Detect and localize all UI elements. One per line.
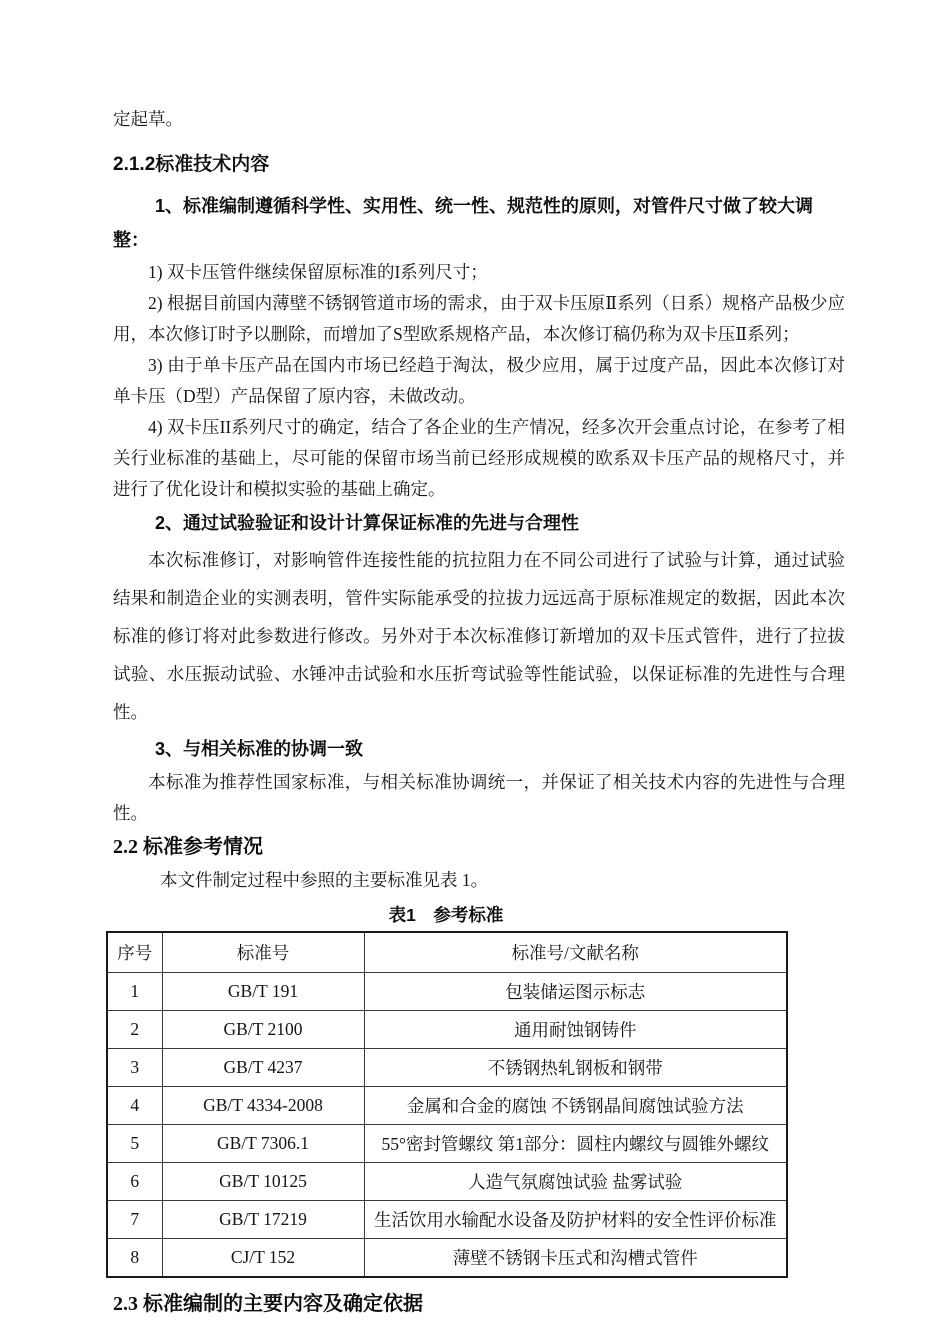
bold-point-1: 1、标准编制遵循科学性、实用性、统一性、规范性的原则，对管件尺寸做了较大调整： <box>113 189 845 257</box>
cell-standard-no: GB/T 2100 <box>162 1011 364 1049</box>
cell-standard-no: GB/T 7306.1 <box>162 1125 364 1163</box>
table-row: 6 GB/T 10125 人造气氛腐蚀试验 盐雾试验 <box>107 1163 787 1201</box>
table-row: 5 GB/T 7306.1 55°密封管螺纹 第1部分：圆柱内螺纹与圆锥外螺纹 <box>107 1125 787 1163</box>
paragraph-test-verification: 本次标准修订，对影响管件连接性能的抗拉阻力在不同公司进行了试验与计算，通过试验结… <box>113 541 845 731</box>
table-row: 4 GB/T 4334-2008 金属和合金的腐蚀 不锈钢晶间腐蚀试验方法 <box>107 1087 787 1125</box>
cell-doc-name: 55°密封管螺纹 第1部分：圆柱内螺纹与圆锥外螺纹 <box>364 1125 787 1163</box>
document-page: 定起草。 2.1.2标准技术内容 1、标准编制遵循科学性、实用性、统一性、规范性… <box>0 0 950 1344</box>
cell-index: 3 <box>107 1049 162 1087</box>
col-header-doc-name: 标准号/文献名称 <box>364 932 787 973</box>
cell-doc-name: 人造气氛腐蚀试验 盐雾试验 <box>364 1163 787 1201</box>
cell-standard-no: GB/T 191 <box>162 973 364 1011</box>
heading-2-2: 2.2 标准参考情况 <box>113 829 845 865</box>
cell-doc-name: 包装储运图示标志 <box>364 973 787 1011</box>
table-caption: 表1 参考标准 <box>106 900 786 930</box>
col-header-index: 序号 <box>107 932 162 973</box>
cell-doc-name: 生活饮用水输配水设备及防护材料的安全性评价标准 <box>364 1201 787 1239</box>
cell-standard-no: GB/T 4237 <box>162 1049 364 1087</box>
table-header-row: 序号 标准号 标准号/文献名称 <box>107 932 787 973</box>
table-row: 2 GB/T 2100 通用耐蚀钢铸件 <box>107 1011 787 1049</box>
cell-index: 2 <box>107 1011 162 1049</box>
cell-index: 4 <box>107 1087 162 1125</box>
cell-standard-no: CJ/T 152 <box>162 1239 364 1278</box>
cell-doc-name: 薄壁不锈钢卡压式和沟槽式管件 <box>364 1239 787 1278</box>
list-item-2: 2) 根据目前国内薄壁不锈钢管道市场的需求，由于双卡压原Ⅱ系列（日系）规格产品极… <box>113 288 845 350</box>
paragraph-table-intro: 本文件制定过程中参照的主要标准见表 1。 <box>113 865 845 896</box>
col-header-standard-no: 标准号 <box>162 932 364 973</box>
cell-index: 5 <box>107 1125 162 1163</box>
cell-index: 7 <box>107 1201 162 1239</box>
list-item-4: 4) 双卡压II系列尺寸的确定，结合了各企业的生产情况，经多次开会重点讨论，在参… <box>113 412 845 505</box>
cell-index: 1 <box>107 973 162 1011</box>
list-item-3: 3) 由于单卡压产品在国内市场已经趋于淘汰，极少应用，属于过度产品，因此本次修订… <box>113 350 845 412</box>
table-row: 3 GB/T 4237 不锈钢热轧钢板和钢带 <box>107 1049 787 1087</box>
bold-point-2: 2、通过试验验证和设计计算保证标准的先进与合理性 <box>113 505 845 541</box>
table-row: 8 CJ/T 152 薄壁不锈钢卡压式和沟槽式管件 <box>107 1239 787 1278</box>
table-row: 1 GB/T 191 包装储运图示标志 <box>107 973 787 1011</box>
cell-doc-name: 不锈钢热轧钢板和钢带 <box>364 1049 787 1087</box>
heading-2-3: 2.3 标准编制的主要内容及确定依据 <box>113 1286 845 1322</box>
paragraph-coordination: 本标准为推荐性国家标准，与相关标准协调统一，并保证了相关技术内容的先进性与合理性… <box>113 767 845 829</box>
reference-standards-table: 序号 标准号 标准号/文献名称 1 GB/T 191 包装储运图示标志 2 GB… <box>106 931 788 1278</box>
list-item-1: 1) 双卡压管件继续保留原标准的I系列尺寸； <box>113 257 845 288</box>
table-row: 7 GB/T 17219 生活饮用水输配水设备及防护材料的安全性评价标准 <box>107 1201 787 1239</box>
cell-index: 6 <box>107 1163 162 1201</box>
leading-paragraph-fragment: 定起草。 <box>113 104 845 135</box>
cell-standard-no: GB/T 17219 <box>162 1201 364 1239</box>
heading-2-1-2: 2.1.2标准技术内容 <box>113 147 845 183</box>
cell-doc-name: 金属和合金的腐蚀 不锈钢晶间腐蚀试验方法 <box>364 1087 787 1125</box>
bold-point-3: 3、与相关标准的协调一致 <box>113 731 845 767</box>
cell-doc-name: 通用耐蚀钢铸件 <box>364 1011 787 1049</box>
cell-index: 8 <box>107 1239 162 1278</box>
cell-standard-no: GB/T 10125 <box>162 1163 364 1201</box>
cell-standard-no: GB/T 4334-2008 <box>162 1087 364 1125</box>
